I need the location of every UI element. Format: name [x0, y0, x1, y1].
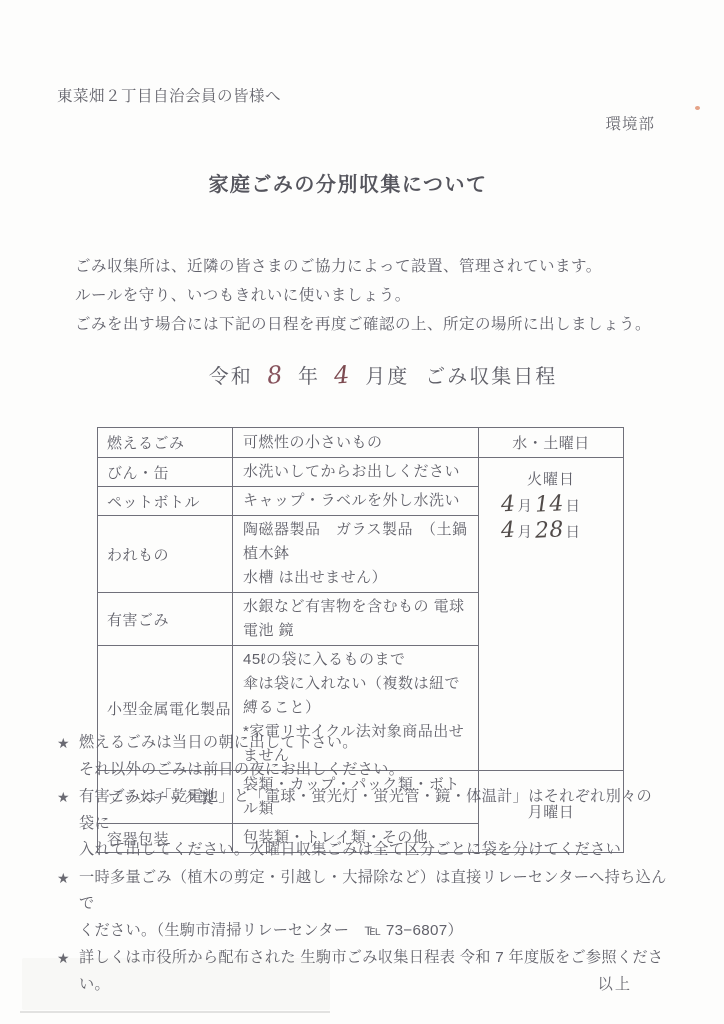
star-icon: ★	[57, 865, 70, 892]
day-cell-tuesday: 火曜日 4月14日 4月28日	[479, 458, 624, 771]
intro-line-1: ごみ収集所は、近隣の皆さまのご協力によって設置、管理されています。	[75, 252, 651, 281]
year-suffix: 年	[298, 366, 320, 388]
ink-speck	[695, 106, 700, 110]
category-cell: 有害ごみ	[98, 593, 233, 646]
category-cell: 燃えるごみ	[98, 428, 233, 458]
day-cell-wed-sat: 水・土曜日	[479, 428, 624, 458]
schedule-heading: 令和8年4月度ごみ収集日程	[0, 360, 724, 389]
handwritten-month: 4	[333, 360, 352, 389]
desc-cell: 陶磁器製品 ガラス製品 （土鍋 植木鉢 水槽 は出せません）	[233, 516, 479, 593]
note-bulk-waste: ★ 一時多量ごみ（植木の剪定・引越し・大掃除など）は直接リレーセンターへ持ち込ん…	[57, 865, 667, 945]
tuesday-label: 火曜日	[479, 468, 623, 489]
intro-line-2: ルールを守り、いつもきれいに使いましょう。	[75, 281, 651, 310]
scan-edge-artifact	[20, 1011, 330, 1013]
desc-cell: キャップ・ラベルを外し水洗い	[233, 487, 479, 516]
table-row: 燃えるごみ 可燃性の小さいもの 水・土曜日	[98, 428, 624, 458]
desc-cell: 可燃性の小さいもの	[233, 428, 479, 458]
page-title: 家庭ごみの分別収集について	[0, 168, 724, 197]
star-icon: ★	[57, 730, 70, 757]
department-label: 環境部	[605, 112, 655, 134]
schedule-title: ごみ収集日程	[425, 366, 557, 388]
scanned-notice-page: 東菜畑２丁目自治会員の皆様へ 環境部 家庭ごみの分別収集について ごみ収集所は、…	[0, 0, 724, 1024]
table-row: びん・缶 水洗いしてからお出しください 火曜日 4月14日 4月28日	[98, 458, 624, 487]
desc-cell: 水洗いしてからお出しください	[233, 458, 479, 487]
desc-cell: 水銀など有害物を含むもの 電球電池 鏡	[233, 593, 479, 646]
month-suffix: 月度	[365, 366, 409, 388]
intro-paragraph: ごみ収集所は、近隣の皆さまのご協力によって設置、管理されています。 ルールを守り…	[75, 252, 651, 339]
star-icon: ★	[57, 784, 70, 811]
recipient-line: 東菜畑２丁目自治会員の皆様へ	[57, 84, 281, 106]
scan-shadow	[22, 958, 330, 1010]
note-burnable: ★ 燃えるごみは当日の朝に出して下さい。 それ以外のごみは前日の夜にお出しくださ…	[57, 730, 667, 783]
category-cell: ペットボトル	[98, 487, 233, 516]
closing-label: 以上	[598, 972, 632, 999]
intro-line-3: ごみを出す場合には下記の日程を再度ご確認の上、所定の場所に出しましょう。	[75, 310, 651, 339]
era-label: 令和	[209, 366, 253, 388]
handwritten-date-2: 4月28日	[479, 517, 623, 547]
handwritten-year: 8	[265, 360, 285, 390]
note-hazardous: ★ 有害ごみは「乾電池」と「電球・蛍光灯・蛍光管・鏡・体温計」はそれぞれ別々の袋…	[57, 784, 667, 864]
category-cell: びん・缶	[98, 458, 233, 487]
category-cell: われもの	[98, 516, 233, 593]
